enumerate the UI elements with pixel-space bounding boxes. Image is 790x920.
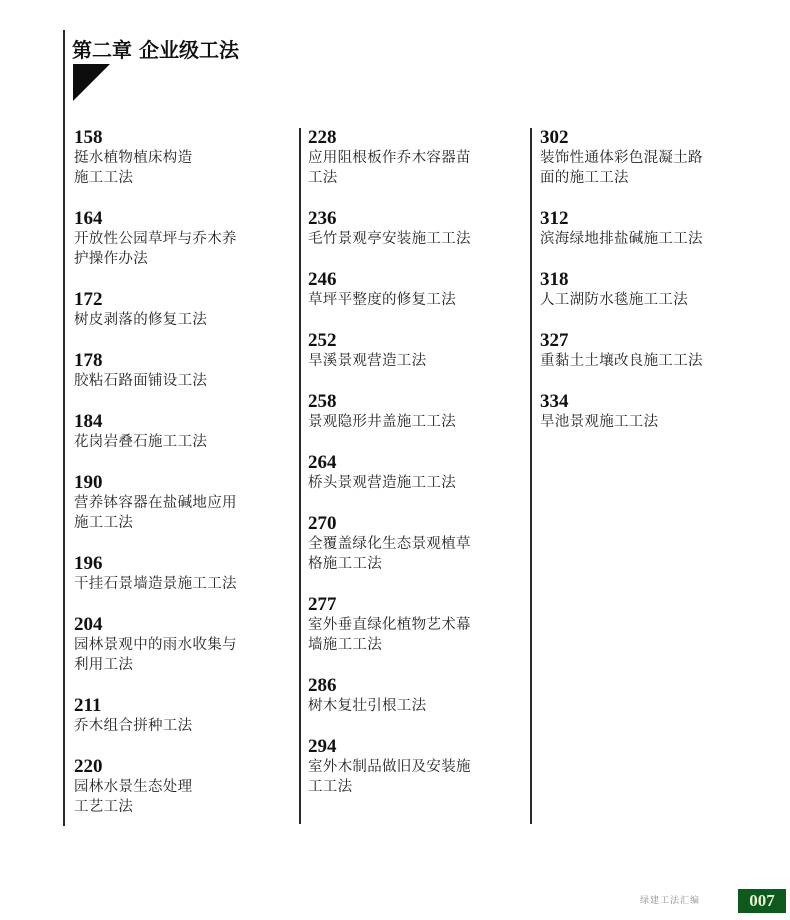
toc-entry[interactable]: 264桥头景观营造施工工法 xyxy=(308,453,528,493)
entry-title: 营养钵容器在盐碱地应用 xyxy=(74,493,294,513)
page-number: 204 xyxy=(74,615,294,635)
entry-title: 旱溪景观营造工法 xyxy=(308,351,528,371)
toc-entry[interactable]: 164开放性公园草坪与乔木养护操作办法 xyxy=(74,209,294,269)
entry-title: 全覆盖绿化生态景观植草 xyxy=(308,534,528,554)
page-number: 228 xyxy=(308,128,528,148)
toc-entry[interactable]: 312滨海绿地排盐碱施工工法 xyxy=(540,209,760,249)
entry-title: 工工法 xyxy=(308,777,528,797)
toc-entry[interactable]: 204园林景观中的雨水收集与利用工法 xyxy=(74,615,294,675)
toc-entry[interactable]: 211乔木组合拼种工法 xyxy=(74,696,294,736)
page-number: 172 xyxy=(74,290,294,310)
entry-title: 重黏土土壤改良施工工法 xyxy=(540,351,760,371)
toc-column-2: 228应用阻根板作乔木容器苗工法 236毛竹景观亭安装施工工法 246草坪平整度… xyxy=(308,128,528,818)
toc-column-3: 302装饰性通体彩色混凝土路面的施工工法 312滨海绿地排盐碱施工工法 318人… xyxy=(540,128,760,453)
triangle-marker-icon xyxy=(73,64,110,101)
page-number: 158 xyxy=(74,128,294,148)
entry-title: 树木复壮引根工法 xyxy=(308,696,528,716)
entry-title: 毛竹景观亭安装施工工法 xyxy=(308,229,528,249)
entry-title: 面的施工工法 xyxy=(540,168,760,188)
page-number: 318 xyxy=(540,270,760,290)
left-rule xyxy=(63,30,65,826)
page-number: 178 xyxy=(74,351,294,371)
toc-entry[interactable]: 184花岗岩叠石施工工法 xyxy=(74,412,294,452)
page-number: 184 xyxy=(74,412,294,432)
page-number: 264 xyxy=(308,453,528,473)
toc-entry[interactable]: 258景观隐形井盖施工工法 xyxy=(308,392,528,432)
entry-title: 景观隐形井盖施工工法 xyxy=(308,412,528,432)
toc-entry[interactable]: 220园林水景生态处理工艺工法 xyxy=(74,757,294,817)
entry-title: 施工工法 xyxy=(74,513,294,533)
toc-entry[interactable]: 286树木复壮引根工法 xyxy=(308,676,528,716)
entry-title: 挺水植物植床构造 xyxy=(74,148,294,168)
toc-entry[interactable]: 246草坪平整度的修复工法 xyxy=(308,270,528,310)
entry-title: 工艺工法 xyxy=(74,797,294,817)
toc-column-1: 158挺水植物植床构造施工工法 164开放性公园草坪与乔木养护操作办法 172树… xyxy=(74,128,294,838)
page-number: 286 xyxy=(308,676,528,696)
toc-entry[interactable]: 172树皮剥落的修复工法 xyxy=(74,290,294,330)
entry-title: 树皮剥落的修复工法 xyxy=(74,310,294,330)
entry-title: 护操作办法 xyxy=(74,249,294,269)
entry-title: 格施工工法 xyxy=(308,554,528,574)
toc-entry[interactable]: 327重黏土土壤改良施工工法 xyxy=(540,331,760,371)
page-number: 270 xyxy=(308,514,528,534)
toc-entry[interactable]: 228应用阻根板作乔木容器苗工法 xyxy=(308,128,528,188)
entry-title: 胶粘石路面铺设工法 xyxy=(74,371,294,391)
page-number: 246 xyxy=(308,270,528,290)
chapter-title: 第二章 企业级工法 xyxy=(72,34,239,63)
entry-title: 旱池景观施工工法 xyxy=(540,412,760,432)
toc-entry[interactable]: 294室外木制品做旧及安装施工工法 xyxy=(308,737,528,797)
toc-entry[interactable]: 158挺水植物植床构造施工工法 xyxy=(74,128,294,188)
entry-title: 应用阻根板作乔木容器苗 xyxy=(308,148,528,168)
entry-title: 园林水景生态处理 xyxy=(74,777,294,797)
page-number-badge: 007 xyxy=(738,889,786,913)
page-number: 334 xyxy=(540,392,760,412)
toc-entry[interactable]: 178胶粘石路面铺设工法 xyxy=(74,351,294,391)
page-number: 252 xyxy=(308,331,528,351)
column-divider-2 xyxy=(530,128,532,824)
page-number: 236 xyxy=(308,209,528,229)
toc-entry[interactable]: 252旱溪景观营造工法 xyxy=(308,331,528,371)
toc-entry[interactable]: 196干挂石景墙造景施工工法 xyxy=(74,554,294,594)
entry-title: 乔木组合拼种工法 xyxy=(74,716,294,736)
page-number: 190 xyxy=(74,473,294,493)
page-number: 277 xyxy=(308,595,528,615)
entry-title: 利用工法 xyxy=(74,655,294,675)
entry-title: 干挂石景墙造景施工工法 xyxy=(74,574,294,594)
page-number: 302 xyxy=(540,128,760,148)
toc-entry[interactable]: 318人工湖防水毯施工工法 xyxy=(540,270,760,310)
toc-entry[interactable]: 277室外垂直绿化植物艺术幕墙施工工法 xyxy=(308,595,528,655)
entry-title: 室外木制品做旧及安装施 xyxy=(308,757,528,777)
entry-title: 墙施工工法 xyxy=(308,635,528,655)
page-number: 196 xyxy=(74,554,294,574)
toc-entry[interactable]: 334旱池景观施工工法 xyxy=(540,392,760,432)
page-number: 258 xyxy=(308,392,528,412)
entry-title: 开放性公园草坪与乔木养 xyxy=(74,229,294,249)
page-number: 211 xyxy=(74,696,294,716)
toc-entry[interactable]: 236毛竹景观亭安装施工工法 xyxy=(308,209,528,249)
entry-title: 滨海绿地排盐碱施工工法 xyxy=(540,229,760,249)
page-number: 312 xyxy=(540,209,760,229)
column-divider-1 xyxy=(299,128,301,824)
toc-entry[interactable]: 190营养钵容器在盐碱地应用施工工法 xyxy=(74,473,294,533)
page-number: 164 xyxy=(74,209,294,229)
toc-entry[interactable]: 302装饰性通体彩色混凝土路面的施工工法 xyxy=(540,128,760,188)
book-title-footer: 绿建工法汇编 xyxy=(640,893,700,906)
entry-title: 工法 xyxy=(308,168,528,188)
entry-title: 人工湖防水毯施工工法 xyxy=(540,290,760,310)
entry-title: 花岗岩叠石施工工法 xyxy=(74,432,294,452)
entry-title: 桥头景观营造施工工法 xyxy=(308,473,528,493)
entry-title: 草坪平整度的修复工法 xyxy=(308,290,528,310)
entry-title: 装饰性通体彩色混凝土路 xyxy=(540,148,760,168)
page-number: 327 xyxy=(540,331,760,351)
entry-title: 室外垂直绿化植物艺术幕 xyxy=(308,615,528,635)
toc-entry[interactable]: 270全覆盖绿化生态景观植草格施工工法 xyxy=(308,514,528,574)
entry-title: 园林景观中的雨水收集与 xyxy=(74,635,294,655)
entry-title: 施工工法 xyxy=(74,168,294,188)
page-number: 294 xyxy=(308,737,528,757)
page-number: 220 xyxy=(74,757,294,777)
